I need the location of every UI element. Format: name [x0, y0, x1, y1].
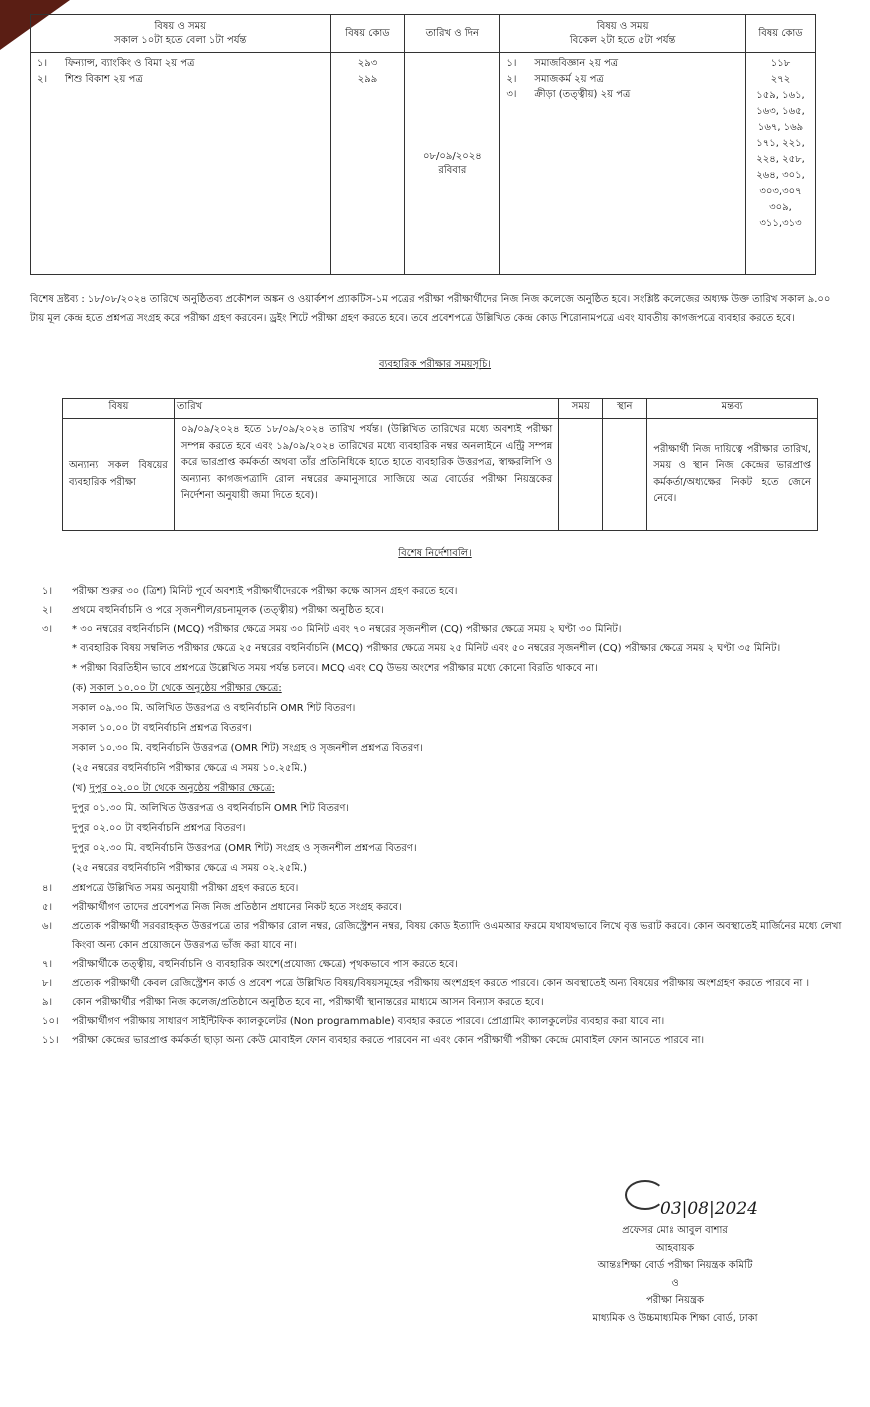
signature-date: 03|08|2024 — [660, 1198, 758, 1221]
instruction-item: ৬।প্রত্যেক পরীক্ষার্থী সরবরাহকৃত উত্তরপত… — [42, 917, 842, 955]
signatory-board: মাধ্যমিক ও উচ্চমাধ্যমিক শিক্ষা বোর্ড, ঢা… — [540, 1310, 810, 1328]
header-time: সময় — [559, 399, 603, 419]
afternoon-codes-cell: ১১৮২৭২১৫৯, ১৬১,১৬৩, ১৬৫,১৬৭, ১৬৯১৭১, ২২১… — [746, 53, 816, 275]
list-item: ১।সমাজবিজ্ঞান ২য় পত্র — [506, 56, 739, 72]
header-morning-subject: বিষয় ও সময় সকাল ১০টা হতে বেলা ১টা পর্য… — [31, 15, 331, 53]
signatory-title: পরীক্ষা নিয়ন্ত্রক — [540, 1292, 810, 1310]
morning-line: সকাল ১০.০০ টা বহুনির্বাচনি প্রশ্নপত্র বি… — [42, 719, 842, 739]
schedule-row: ১।ফিন্যান্স, ব্যাংকিং ও বিমা ২য় পত্র ২।… — [31, 53, 816, 275]
header-title: বিষয় ও সময় — [33, 20, 328, 34]
subject-code: ২২৪, ২৫৮, — [752, 152, 809, 168]
practical-header-row: বিষয় তারিখ সময় স্থান মন্তব্য — [63, 399, 818, 419]
instructions-list: ১।পরীক্ষা শুরুর ৩০ (ত্রিশ) মিনিট পূর্বে … — [42, 582, 842, 1050]
subject-code: ৩১১,৩১৩ — [752, 216, 809, 232]
instruction-subitem: * ব্যবহারিক বিষয় সম্বলিত পরীক্ষার ক্ষেত… — [42, 639, 842, 659]
instruction-item: ৪।প্রশ্নপত্রে উল্লিখিত সময় অনুযায়ী পরী… — [42, 879, 842, 898]
instructions-rest: ৪।প্রশ্নপত্রে উল্লিখিত সময় অনুযায়ী পরী… — [42, 879, 842, 1050]
practical-remarks: পরীক্ষার্থী নিজ দায়িত্বে পরীক্ষার তারিখ… — [647, 419, 818, 531]
afternoon-line: দুপুর ০২.০০ টা বহুনির্বাচনি প্রশ্নপত্র ব… — [42, 819, 842, 839]
header-time: বিকেল ২টা হতে ৫টা পর্যন্ত — [502, 34, 743, 48]
morning-line: সকাল ০৯.৩০ মি. অলিখিত উত্তরপত্র ও বহুনির… — [42, 699, 842, 719]
morning-codes-cell: ২৯৩ ২৯৯ — [330, 53, 405, 275]
morning-line: সকাল ১০.৩০ মি. বহুনির্বাচনি উত্তরপত্র (O… — [42, 739, 842, 759]
header-title: বিষয় ও সময় — [502, 20, 743, 34]
exam-day: রবিবার — [411, 164, 493, 178]
exam-schedule-table: বিষয় ও সময় সকাল ১০টা হতে বেলা ১টা পর্য… — [30, 14, 816, 275]
date-cell: ০৮/০৯/২০২৪ রবিবার — [405, 53, 500, 275]
header-time: সকাল ১০টা হতে বেলা ১টা পর্যন্ত — [33, 34, 328, 48]
header-subject-code-2: বিষয় কোড — [746, 15, 816, 53]
afternoon-line: দুপুর ০২.৩০ মি. বহুনির্বাচনি উত্তরপত্র (… — [42, 839, 842, 859]
header-remarks: মন্তব্য — [647, 399, 818, 419]
instruction-item: ৮।প্রত্যেক পরীক্ষার্থী কেবল রেজিস্ট্রেশন… — [42, 974, 842, 993]
morning-subjects-cell: ১।ফিন্যান্স, ব্যাংকিং ও বিমা ২য় পত্র ২।… — [31, 53, 331, 275]
list-item: ৩।ক্রীড়া (তত্ত্বীয়) ২য় পত্র — [506, 87, 739, 103]
subject-code: ১৬৭, ১৬৯ — [752, 120, 809, 136]
morning-block-heading: (ক) সকাল ১০.০০ টা থেকে অনুষ্ঠেয় পরীক্ষা… — [42, 679, 842, 699]
subject-code: ১১৮ — [752, 56, 809, 72]
instruction-item: ৭।পরীক্ষার্থীকে তত্ত্বীয়, বহুনির্বাচনি … — [42, 955, 842, 974]
subject-code: ৩০৩,৩০৭ — [752, 184, 809, 200]
subject-code: ১৬৩, ১৬৫, — [752, 104, 809, 120]
subject-code: ২৭২ — [752, 72, 809, 88]
practical-exam-table: বিষয় তারিখ সময় স্থান মন্তব্য অন্যান্য … — [62, 398, 818, 531]
afternoon-line: দুপুর ০১.৩০ মি. অলিখিত উত্তরপত্র ও বহুনি… — [42, 799, 842, 819]
instructions-title: বিশেষ নির্দেশাবলি। — [0, 547, 870, 561]
afternoon-block-heading: (খ) দুপুর ০২.০০ টা থেকে অনুষ্ঠেয় পরীক্ষ… — [42, 779, 842, 799]
subject-code: ২৬৪, ৩০১, — [752, 168, 809, 184]
header-subject: বিষয় — [63, 399, 175, 419]
schedule-header-row: বিষয় ও সময় সকাল ১০টা হতে বেলা ১টা পর্য… — [31, 15, 816, 53]
exam-date: ০৮/০৯/২০২৪ — [411, 150, 493, 164]
subject-code: ১৭১, ২২১, — [752, 136, 809, 152]
header-subject-code: বিষয় কোড — [330, 15, 405, 53]
afternoon-line: (২৫ নম্বরের বহুনির্বাচনি পরীক্ষার ক্ষেত্… — [42, 859, 842, 879]
list-item: ১।ফিন্যান্স, ব্যাংকিং ও বিমা ২য় পত্র — [37, 56, 324, 72]
instruction-item: ৯।কোন পরীক্ষার্থীর পরীক্ষা নিজ কলেজ/প্রত… — [42, 993, 842, 1012]
morning-line: (২৫ নম্বরের বহুনির্বাচনি পরীক্ষার ক্ষেত্… — [42, 759, 842, 779]
header-place: স্থান — [603, 399, 647, 419]
subject-code: ৩০৯, — [752, 200, 809, 216]
list-item: ২।শিশু বিকাশ ২য় পত্র — [37, 72, 324, 88]
instruction-subitem: * পরীক্ষা বিরতিহীন ভাবে প্রশ্নপত্রে উল্ল… — [42, 659, 842, 679]
list-item: ২।সমাজকর্ম ২য় পত্র — [506, 72, 739, 88]
practical-place — [603, 419, 647, 531]
instruction-item: ৫।পরীক্ষার্থীগণ তাদের প্রবেশপত্র নিজ নিজ… — [42, 898, 842, 917]
signature-scribble — [625, 1180, 665, 1210]
special-note: বিশেষ দ্রষ্টব্য : ১৮/০৮/২০২৪ তারিখে অনুষ… — [30, 290, 840, 328]
practical-date-text: ০৯/০৯/২০২৪ হতে ১৮/০৯/২০২৪ তারিখ পর্যন্ত।… — [174, 419, 558, 531]
instruction-item: ২।প্রথমে বহুনির্বাচনি ও পরে সৃজনশীল/রচনা… — [42, 601, 842, 620]
signatory-name: প্রফেসর মোঃ আবুল বাশার — [540, 1222, 810, 1240]
header-date: তারিখ — [174, 399, 558, 419]
instruction-item: ১।পরীক্ষা শুরুর ৩০ (ত্রিশ) মিনিট পূর্বে … — [42, 582, 842, 601]
instruction-item: ১০।পরীক্ষার্থীগণ পরীক্ষায় সাধারণ সাইন্ট… — [42, 1012, 842, 1031]
signatory-committee: আন্তঃশিক্ষা বোর্ড পরীক্ষা নিয়ন্ত্রক কমি… — [540, 1257, 810, 1275]
signature-block: প্রফেসর মোঃ আবুল বাশার আহবায়ক আন্তঃশিক্… — [540, 1222, 810, 1327]
subject-code: ১৫৯, ১৬১, — [752, 88, 809, 104]
practical-row: অন্যান্য সকল বিষয়ের ব্যবহারিক পরীক্ষা ০… — [63, 419, 818, 531]
instruction-item: ৩।* ৩০ নম্বরের বহুনির্বাচনি (MCQ) পরীক্ষ… — [42, 620, 842, 639]
signatory-and: ও — [540, 1275, 810, 1293]
practical-time — [559, 419, 603, 531]
afternoon-subjects-cell: ১।সমাজবিজ্ঞান ২য় পত্র ২।সমাজকর্ম ২য় পত… — [500, 53, 746, 275]
signatory-role: আহবায়ক — [540, 1240, 810, 1258]
practical-schedule-title: ব্যবহারিক পরীক্ষার সময়সূচি। — [0, 358, 870, 372]
header-date-day: তারিখ ও দিন — [405, 15, 500, 53]
instruction-item: ১১।পরীক্ষা কেন্দ্রের ভারপ্রাপ্ত কর্মকর্ত… — [42, 1031, 842, 1050]
practical-subject: অন্যান্য সকল বিষয়ের ব্যবহারিক পরীক্ষা — [63, 419, 175, 531]
header-afternoon-subject: বিষয় ও সময় বিকেল ২টা হতে ৫টা পর্যন্ত — [500, 15, 746, 53]
